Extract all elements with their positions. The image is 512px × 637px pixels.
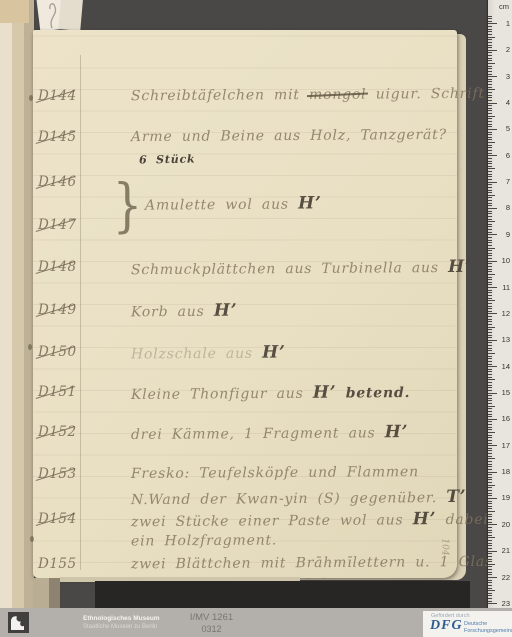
- ruler-tick: [488, 161, 492, 162]
- ruler-tick: [488, 103, 497, 104]
- ruler-tick: [488, 340, 497, 341]
- ruler-tick: [488, 269, 492, 270]
- catalog-number: D152: [38, 424, 78, 440]
- ruler-tick: [488, 519, 492, 520]
- ruler-tick: [488, 572, 492, 573]
- ruler-tick: [488, 445, 497, 446]
- ruler-tick: [488, 147, 492, 148]
- ruler-number: 12: [502, 309, 510, 318]
- ruler-number: 9: [506, 230, 510, 239]
- catalog-number: D153: [38, 466, 78, 482]
- ruler-tick: [488, 414, 492, 415]
- ruler-tick: [488, 63, 495, 64]
- ruler-tick: [488, 216, 492, 217]
- ruler-tick: [488, 522, 492, 523]
- ruler-tick: [488, 350, 492, 351]
- ruler-tick: [488, 105, 492, 106]
- ruler-tick: [488, 47, 492, 48]
- ruler-number: 5: [506, 124, 510, 133]
- ruler-tick: [488, 166, 492, 167]
- ruler-tick: [488, 187, 492, 188]
- ruler-tick: [488, 582, 492, 583]
- ruler-tick: [488, 327, 495, 328]
- ruler-tick: [488, 150, 492, 151]
- ruler-tick: [488, 290, 492, 291]
- ruler-tick: [488, 113, 492, 114]
- catalog-number: D154: [38, 511, 78, 527]
- ruler-tick: [488, 226, 492, 227]
- entry-text-line: Schmuckplättchen aus Turbinella aus H’: [131, 257, 472, 279]
- ruler-tick: [488, 205, 492, 206]
- ruler-tick: [488, 92, 492, 93]
- ruler-tick: [488, 448, 492, 449]
- ruler-tick: [488, 358, 492, 359]
- ruler-tick: [488, 58, 492, 59]
- ruler-tick: [488, 208, 497, 209]
- ruler-tick: [488, 184, 492, 185]
- entry-text-segment: N.Wand der Kwan-yin (S) gegenüber.: [131, 490, 446, 508]
- ruler-number: 21: [502, 546, 510, 555]
- ruler-tick: [488, 200, 492, 201]
- entry-text-line: Arme und Beine aus Holz, Tanzgerät?: [131, 127, 447, 145]
- ruler-tick: [488, 71, 492, 72]
- ruler-tick: [488, 134, 492, 135]
- catalog-number: D144: [38, 88, 78, 104]
- entry-text-segment: mongol: [309, 87, 367, 103]
- page-number-note: 104: [439, 538, 449, 555]
- catalog-number: D150: [38, 344, 78, 360]
- entry-text-segment: Schmuckplättchen aus Turbinella aus: [131, 260, 448, 278]
- ruler-tick: [488, 132, 492, 133]
- book-cover-corner: [0, 0, 29, 23]
- ruler-tick: [488, 593, 492, 594]
- ruler-tick: [488, 432, 495, 433]
- ruler-tick: [488, 543, 492, 544]
- ruler-tick: [488, 313, 497, 314]
- ruler-tick: [488, 29, 492, 30]
- ruler-number: 16: [502, 414, 510, 423]
- ruler-tick: [488, 395, 492, 396]
- ruler-tick: [488, 248, 495, 249]
- entry-text-segment: H’: [448, 257, 472, 277]
- scanned-document-photo: D144Schreibtäfelchen mit mongol uigur. S…: [0, 0, 512, 637]
- ruler-tick: [488, 472, 497, 473]
- ruler-tick: [488, 556, 492, 557]
- ruler-tick: [488, 76, 497, 77]
- entry-text-line: Amulette wol aus H’: [145, 193, 322, 214]
- ruler-tick: [488, 192, 492, 193]
- ruler-tick: [488, 530, 492, 531]
- ruler-number: 15: [502, 388, 510, 397]
- grouping-brace: }: [113, 176, 143, 234]
- ruler-tick: [488, 250, 492, 251]
- entry-text-segment: Amulette wol aus: [145, 197, 298, 214]
- funder-name-line1: Deutsche: [464, 621, 487, 627]
- ruler-tick: [488, 74, 492, 75]
- ruler-tick: [488, 42, 492, 43]
- binding-stitch: [28, 344, 32, 350]
- entry-text-segment: H’: [313, 383, 337, 403]
- ruler-tick: [488, 311, 492, 312]
- ruler-number: 23: [502, 599, 510, 608]
- ruler-tick: [488, 179, 492, 180]
- ruler-tick: [488, 195, 495, 196]
- ruler-tick: [488, 219, 492, 220]
- ruler-tick: [488, 284, 492, 285]
- ruler-tick: [488, 37, 495, 38]
- ruler-tick: [488, 60, 492, 61]
- entry-text-segment: betend.: [346, 385, 411, 401]
- inventory-entries: D144Schreibtäfelchen mit mongol uigur. S…: [33, 30, 457, 578]
- ruler-tick: [488, 450, 492, 451]
- ruler-tick: [488, 485, 495, 486]
- entry-text-line: N.Wand der Kwan-yin (S) gegenüber. T’: [131, 487, 467, 509]
- archive-reference: I/MV 1261: [0, 612, 423, 623]
- ruler-tick: [488, 229, 492, 230]
- entry-text-segment: H’: [262, 342, 286, 362]
- ruler-tick: [488, 487, 492, 488]
- ruler-tick: [488, 190, 492, 191]
- ruler-tick: [488, 437, 492, 438]
- ruler-tick: [488, 385, 492, 386]
- entry-text-segment: zwei Stücke einer Paste wol aus: [131, 512, 413, 530]
- ruler-tick: [488, 377, 492, 378]
- catalog-number: D146: [38, 174, 78, 190]
- ruler-tick: [488, 416, 492, 417]
- entry-text-segment: Kleine Thonfigur aus: [131, 386, 313, 403]
- ruler-tick: [488, 274, 495, 275]
- ruler-tick: [488, 234, 497, 235]
- binding-stitch: [29, 95, 33, 101]
- ruler-tick: [488, 110, 492, 111]
- page-stack-edge: [49, 578, 60, 609]
- ruler-number: 6: [506, 151, 510, 160]
- ruler-number: 3: [506, 72, 510, 81]
- ruler-tick: [488, 595, 492, 596]
- ruler-tick: [488, 361, 492, 362]
- ruler-tick: [488, 253, 492, 254]
- ruler-tick: [488, 232, 492, 233]
- ruler-tick: [488, 153, 492, 154]
- ruler-number: 4: [506, 98, 510, 107]
- ruler-tick: [488, 479, 492, 480]
- ruler-tick: [488, 240, 492, 241]
- ruler-number: 7: [506, 177, 510, 186]
- entry-text-line: Schreibtäfelchen mit mongol uigur. Schri…: [131, 86, 485, 104]
- ruler-tick: [488, 382, 492, 383]
- entry-text-segment: H’: [413, 509, 437, 529]
- ruler-tick: [488, 66, 492, 67]
- ruler-tick: [488, 255, 492, 256]
- ruler-tick: [488, 45, 492, 46]
- ruler-tick: [488, 456, 492, 457]
- ruler-tick: [488, 21, 492, 22]
- ruler-number: 13: [502, 335, 510, 344]
- entry-text-segment: Fresko: Teufelsköpfe und Flammen: [131, 464, 419, 482]
- ruler-tick: [488, 369, 492, 370]
- ruler-tick: [488, 342, 492, 343]
- ruler-tick: [488, 108, 492, 109]
- ruler-tick: [488, 292, 492, 293]
- ruler-tick: [488, 266, 492, 267]
- ruler-tick: [488, 461, 492, 462]
- ruler-tick: [488, 158, 492, 159]
- entry-text-segment: Korb aus: [131, 304, 214, 321]
- ruler-tick: [488, 121, 492, 122]
- ruler-tick: [488, 601, 492, 602]
- ruler-tick: [488, 213, 492, 214]
- ruler-tick: [488, 574, 492, 575]
- ruler-number: 10: [502, 256, 510, 265]
- ruler-tick: [488, 532, 492, 533]
- notebook-page: D144Schreibtäfelchen mit mongol uigur. S…: [33, 30, 457, 578]
- ruler-number: 1: [506, 19, 510, 28]
- ruler-number: 2: [506, 45, 510, 54]
- ruler-tick: [488, 332, 492, 333]
- entry-text-line: zwei Stücke einer Paste wol aus H’ dabei: [131, 509, 489, 531]
- ruler-tick: [488, 319, 492, 320]
- ruler-tick: [488, 495, 492, 496]
- ruler-number: 20: [502, 520, 510, 529]
- catalog-number: D147: [38, 217, 78, 233]
- ruler-tick: [488, 139, 492, 140]
- ruler-tick: [488, 490, 492, 491]
- ruler-tick: [488, 224, 492, 225]
- ruler-tick: [488, 50, 497, 51]
- catalog-number: D148: [38, 259, 78, 275]
- ruler-tick: [488, 287, 497, 288]
- ruler-tick: [488, 337, 492, 338]
- entry-text-line: Kleine Thonfigur aus H’ betend.: [131, 382, 410, 404]
- entry-text-segment: [336, 385, 345, 401]
- ruler-tick: [488, 279, 492, 280]
- ruler-tick: [488, 421, 492, 422]
- ruler-tick: [488, 564, 495, 565]
- entry-text-line: drei Kämme, 1 Fragment aus H’: [131, 422, 408, 444]
- ruler-tick: [488, 237, 492, 238]
- entry-text-segment: uigur. Schrift: [366, 86, 485, 103]
- ruler-tick: [488, 137, 492, 138]
- ruler-tick: [488, 537, 495, 538]
- ruler-tick: [488, 366, 497, 367]
- entry-text-line: ein Holzfragment.: [131, 532, 277, 549]
- ruler-tick: [488, 516, 492, 517]
- ruler-tick: [488, 203, 492, 204]
- ruler-tick: [488, 174, 492, 175]
- ruler-tick: [488, 89, 495, 90]
- ruler-tick: [488, 348, 492, 349]
- ruler-tick: [488, 364, 492, 365]
- ruler-tick: [488, 408, 492, 409]
- ruler-tick: [488, 306, 492, 307]
- ruler-tick: [488, 561, 492, 562]
- ruler-tick: [488, 126, 492, 127]
- ruler-tick: [488, 598, 492, 599]
- entry-text-segment: Schreibtäfelchen mit: [131, 87, 309, 104]
- ruler-tick: [488, 324, 492, 325]
- ruler-tick: [488, 282, 492, 283]
- ruler-tick: [488, 577, 497, 578]
- ruler-tick: [488, 493, 492, 494]
- ruler-tick: [488, 458, 495, 459]
- book-edge-strip: [12, 0, 24, 608]
- entry-text-line: Holzschale aus H’: [131, 342, 286, 363]
- ruler-tick: [488, 498, 497, 499]
- ruler-tick: [488, 118, 492, 119]
- ruler-tick: [488, 23, 497, 24]
- catalog-number: D155: [38, 556, 78, 572]
- ruler-tick: [488, 580, 492, 581]
- entry-text-line: zwei Blättchen mit Brāhmīlettern u. 1 Gl…: [131, 554, 512, 573]
- entry-text-segment: T’: [446, 487, 466, 507]
- ruler-tick: [488, 424, 492, 425]
- page-stack-edge: [33, 578, 49, 609]
- ruler-tick: [488, 569, 492, 570]
- ruler-tick: [488, 329, 492, 330]
- ruler-tick: [488, 356, 492, 357]
- ruler-tick: [488, 34, 492, 35]
- book-edge-strip: [0, 0, 12, 608]
- ruler-tick: [488, 469, 492, 470]
- ruler-tick: [488, 440, 492, 441]
- ruler-tick: [488, 163, 492, 164]
- ruler-tick: [488, 514, 492, 515]
- entry-text-segment: zwei Blättchen mit Brāhmīlettern u. 1 Gl…: [131, 554, 512, 573]
- ruler-tick: [488, 79, 492, 80]
- ruler-tick: [488, 353, 495, 354]
- ruler-tick: [488, 527, 492, 528]
- ruler-tick: [488, 506, 492, 507]
- book-cover-edge: [95, 581, 470, 611]
- ruler-tick: [488, 245, 492, 246]
- ruler-tick: [488, 443, 492, 444]
- ruler-tick: [488, 211, 492, 212]
- ruler-tick: [488, 242, 492, 243]
- ruler-tick: [488, 155, 497, 156]
- ruler-tick: [488, 566, 492, 567]
- ruler-tick: [488, 511, 495, 512]
- ruler-tick: [488, 406, 495, 407]
- entry-text-segment: H’: [385, 422, 409, 442]
- ruler-tick: [488, 553, 492, 554]
- ruler-number: 19: [502, 493, 510, 502]
- ruler-tick: [488, 524, 497, 525]
- ruler-number: 22: [502, 573, 510, 582]
- entry-text-segment: Arme und Beine aus Holz, Tanzgerät?: [131, 127, 447, 145]
- entry-text-line: Fresko: Teufelsköpfe und Flammen: [131, 464, 419, 482]
- ruler-tick: [488, 474, 492, 475]
- ruler-tick: [488, 295, 492, 296]
- ruler-tick: [488, 501, 492, 502]
- ruler-tick: [488, 95, 492, 96]
- ruler-tick: [488, 26, 492, 27]
- ruler-tick: [488, 298, 492, 299]
- ruler-tick: [488, 429, 492, 430]
- ruler-tick: [488, 300, 495, 301]
- ruler-tick: [488, 374, 492, 375]
- ruler-unit-label: cm: [499, 2, 509, 11]
- ruler-tick: [488, 435, 492, 436]
- pencil-squiggle: [44, 0, 74, 30]
- ruler-tick: [488, 168, 495, 169]
- ruler-tick: [488, 548, 492, 549]
- ruler-tick: [488, 116, 495, 117]
- ruler-tick: [488, 84, 492, 85]
- catalog-number: D149: [38, 302, 78, 318]
- ruler-tick: [488, 87, 492, 88]
- ruler-tick: [488, 277, 492, 278]
- entry-text-segment: drei Kämme, 1 Fragment aus: [131, 425, 385, 443]
- ruler-number: 18: [502, 467, 510, 476]
- ruler-tick: [488, 221, 495, 222]
- ruler-tick: [488, 100, 492, 101]
- ruler-tick: [488, 345, 492, 346]
- entry-text-line: 6 Stück: [139, 153, 196, 167]
- ruler-tick: [488, 171, 492, 172]
- ruler-tick: [488, 31, 492, 32]
- ruler-tick: [488, 321, 492, 322]
- ruler-tick: [488, 55, 492, 56]
- ruler: cm 1234567891011121314151617181920212223: [488, 0, 512, 612]
- ruler-tick: [488, 182, 497, 183]
- ruler-tick: [488, 68, 492, 69]
- entry-text-segment: dabei: [436, 512, 488, 528]
- ruler-tick: [488, 316, 492, 317]
- ruler-tick: [488, 124, 492, 125]
- ruler-tick: [488, 559, 492, 560]
- ruler-tick: [488, 145, 492, 146]
- ruler-tick: [488, 551, 497, 552]
- ruler-tick: [488, 39, 492, 40]
- ruler-tick: [488, 18, 492, 19]
- ruler-tick: [488, 197, 492, 198]
- ruler-tick: [488, 387, 492, 388]
- entry-text-segment: ein Holzfragment.: [131, 532, 277, 549]
- ruler-tick: [488, 419, 497, 420]
- ruler-tick: [488, 477, 492, 478]
- entry-text-segment: H’: [214, 301, 238, 321]
- ruler-tick: [488, 261, 497, 262]
- ruler-tick: [488, 303, 492, 304]
- ruler-number: 17: [502, 441, 510, 450]
- ruler-tick: [488, 308, 492, 309]
- ruler-tick: [488, 263, 492, 264]
- ruler-tick: [488, 271, 492, 272]
- catalog-number: D151: [38, 384, 78, 400]
- sheet-number: 0312: [0, 624, 423, 634]
- entry-text-segment: H’: [298, 193, 322, 213]
- ruler-number: 14: [502, 362, 510, 371]
- ruler-tick: [488, 129, 497, 130]
- ruler-tick: [488, 453, 492, 454]
- ruler-tick: [488, 97, 492, 98]
- ruler-tick: [488, 603, 497, 604]
- dfg-abbreviation: DFG: [430, 618, 463, 634]
- ruler-tick: [488, 390, 492, 391]
- ruler-tick: [488, 258, 492, 259]
- ruler-tick: [488, 371, 492, 372]
- ruler-tick: [488, 398, 492, 399]
- entry-text-segment: 6 Stück: [139, 153, 196, 167]
- catalog-number: D145: [38, 129, 78, 145]
- archive-footer-bar: Ethnologisches Museum Staatliche Museen …: [0, 608, 512, 637]
- ruler-tick: [488, 52, 492, 53]
- entry-text-segment: Holzschale aus: [131, 346, 262, 363]
- ruler-tick: [488, 464, 492, 465]
- ruler-tick: [488, 508, 492, 509]
- ruler-tick: [488, 588, 492, 589]
- ruler-tick: [488, 466, 492, 467]
